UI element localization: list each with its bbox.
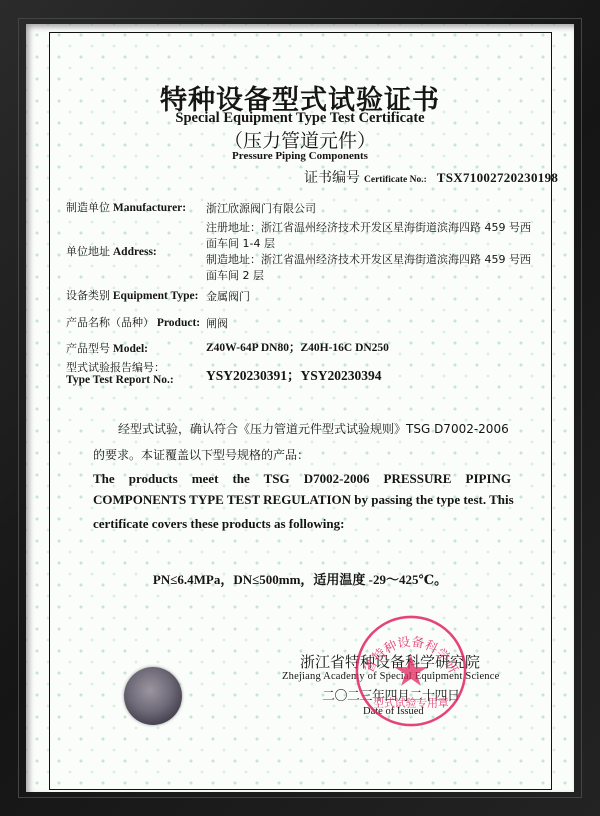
- body-en-line1: The products meet the TSG D7002-2006 PRE…: [93, 471, 511, 487]
- manufacturer-label-en: Manufacturer:: [113, 202, 186, 214]
- report-label-en: Type Test Report No.:: [66, 374, 174, 386]
- product-spec: PN≤6.4MPa，DN≤500mm，适用温度 -29～425℃。: [0, 569, 600, 588]
- address-label: 单位地址 Address:: [66, 243, 157, 259]
- svg-text:浙江省特种设备科学研究院: 浙江省特种设备科学研究院: [352, 612, 460, 676]
- manufacturing-address: 制造地址：浙江省温州经济技术开发区星海街道滨海四路 459 号西面车间 2 层: [206, 252, 536, 284]
- address-value: 注册地址：浙江省温州经济技术开发区星海街道滨海四路 459 号西面车间 1-4 …: [206, 220, 536, 284]
- cert-no-label-cn: 证书编号: [304, 170, 360, 186]
- manufacturer-value: 浙江欣源阀门有限公司: [206, 200, 316, 216]
- stamp-text-bottom: 型式试验专用章: [373, 695, 449, 709]
- certificate-subtitle-en: Pressure Piping Components: [0, 150, 600, 162]
- equipment-type-value: 金属阀门: [206, 288, 250, 304]
- report-label-cn: 型式试验报告编号：: [66, 359, 165, 375]
- product-label-en: Product:: [157, 317, 200, 329]
- stamp-star-icon: [394, 655, 427, 685]
- product-label: 产品名称（品种） Product:: [66, 314, 200, 330]
- report-label-cn-text: 型式试验报告编号：: [66, 361, 165, 374]
- manufacturer-label-cn: 制造单位: [66, 201, 110, 214]
- cert-no-label-en: Certificate No.:: [364, 175, 427, 185]
- product-label-cn: 产品名称（品种）: [66, 316, 154, 329]
- certificate-title-en: Special Equipment Type Test Certificate: [0, 110, 600, 127]
- model-label: 产品型号 Model:: [66, 340, 148, 356]
- report-value: YSY20230391；YSY20230394: [206, 364, 382, 384]
- body-cn-line2: 的要求。本证覆盖以下型号规格的产品：: [93, 446, 511, 463]
- model-label-en: Model:: [113, 343, 148, 355]
- registered-address: 注册地址：浙江省温州经济技术开发区星海街道滨海四路 459 号西面车间 1-4 …: [206, 220, 536, 252]
- model-value: Z40W-64P DN80；Z40H-16C DN250: [206, 339, 389, 355]
- address-label-en: Address:: [113, 246, 157, 258]
- product-value: 闸阀: [206, 315, 228, 331]
- model-label-cn: 产品型号: [66, 342, 110, 355]
- body-en-line2: COMPONENTS TYPE TEST REGULATION by passi…: [93, 492, 511, 508]
- cert-no-value: TSX71002720230198: [437, 170, 558, 185]
- manufacturer-label: 制造单位 Manufacturer:: [66, 199, 186, 215]
- embossed-seal: [124, 667, 182, 725]
- equipment-type-label: 设备类别 Equipment Type:: [66, 287, 198, 303]
- address-label-cn: 单位地址: [66, 245, 110, 258]
- certificate-subtitle-cn: （压力管道元件）: [0, 126, 600, 153]
- stamp-text-top: 浙江省特种设备科学研究院: [352, 612, 460, 676]
- certificate-number: 证书编号Certificate No.:TSX71002720230198: [304, 167, 558, 187]
- official-stamp: 浙江省特种设备科学研究院 型式试验专用章: [352, 612, 470, 730]
- equipment-type-label-en: Equipment Type:: [113, 290, 199, 302]
- equipment-type-label-cn: 设备类别: [66, 289, 110, 302]
- body-cn-line1: 经型式试验，确认符合《压力管道元件型式试验规则》TSG D7002-2006: [118, 420, 511, 437]
- body-en-line3: certificate covers these products as fol…: [93, 516, 511, 532]
